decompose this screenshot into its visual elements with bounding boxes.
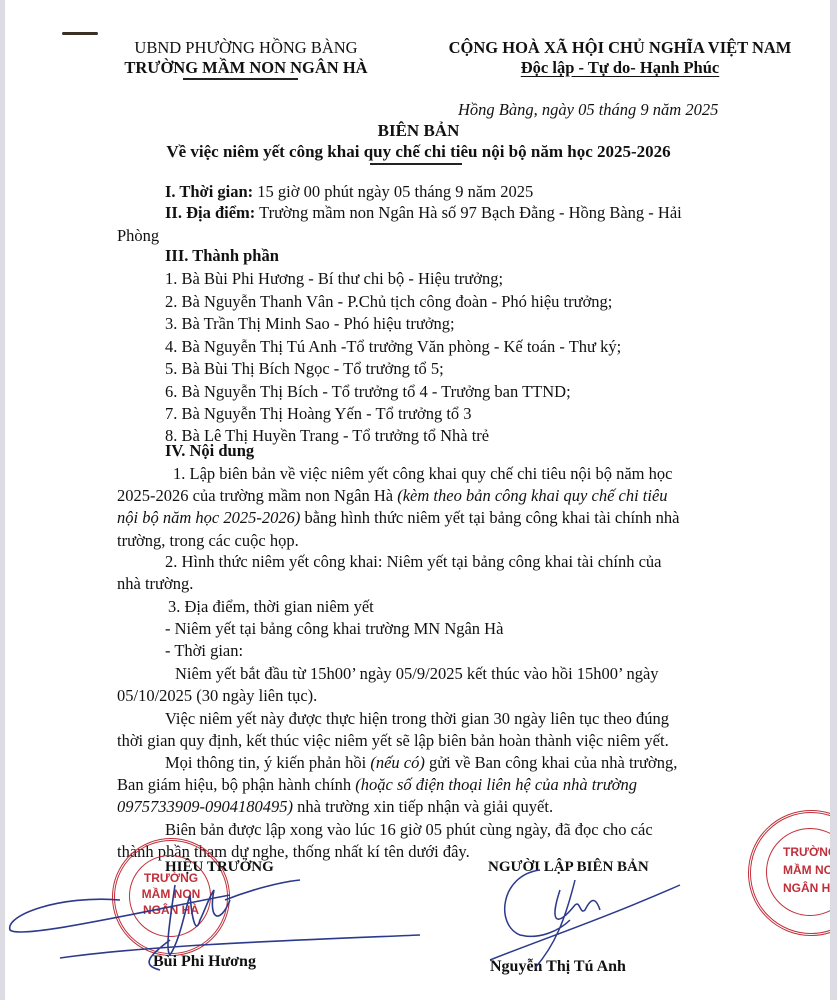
content-p2: 2. Hình thức niêm yết công khai: Niêm yế… — [165, 552, 661, 572]
content-italic: (kèm theo bản công khai quy chế chi tiêu — [397, 486, 667, 505]
issuer-school: TRƯỜNG MẦM NON NGÂN HÀ — [116, 58, 376, 78]
stamp-line: MẦM NON — [783, 863, 830, 877]
section-place-cont: Phòng — [117, 226, 159, 246]
section-content-label: IV. Nội dung — [165, 441, 254, 461]
member-item: 7. Bà Nguyễn Thị Hoàng Yến - Tổ trưởng t… — [165, 404, 472, 424]
content-text: Ban giám hiệu, bộ phận hành chính — [117, 775, 355, 794]
member-item: 6. Bà Nguyễn Thị Bích - Tổ trưởng tổ 4 -… — [165, 382, 571, 402]
content-p3: 05/10/2025 (30 ngày liên tục). — [117, 686, 317, 706]
signature-left-icon — [0, 840, 450, 980]
content-p3: - Thời gian: — [165, 641, 243, 661]
content-italic: (nếu có) — [370, 753, 425, 772]
content-p1: trường, trong các cuộc họp. — [117, 531, 299, 551]
national-header: CỘNG HOÀ XÃ HỘI CHỦ NGHĨA VIỆT NAM Độc l… — [420, 38, 820, 78]
member-item: 3. Bà Trần Thị Minh Sao - Phó hiệu trưởn… — [165, 314, 455, 334]
content-p3: 3. Địa điểm, thời gian niêm yết — [168, 597, 374, 617]
content-p4: Việc niêm yết này được thực hiện trong t… — [165, 709, 669, 729]
content-text: bằng hình thức niêm yết tại bảng công kh… — [300, 508, 679, 527]
document-date: Hồng Bàng, ngày 05 tháng 9 năm 2025 — [458, 100, 718, 120]
section-place: II. Địa điểm: Trường mầm non Ngân Hà số … — [165, 203, 682, 223]
content-p3: - Niêm yết tại bảng công khai trường MN … — [165, 619, 503, 639]
member-item: 1. Bà Bùi Phi Hương - Bí thư chi bộ - Hi… — [165, 269, 503, 289]
subtitle-underline — [370, 163, 462, 165]
issuer-authority: UBND PHƯỜNG HỒNG BÀNG — [116, 38, 376, 58]
section-members-label: III. Thành phần — [165, 246, 279, 266]
content-text: gửi về Ban công khai của nhà trường, — [425, 753, 678, 772]
official-stamp-partial: TRƯỜNG MẦM NON NGÂN HÀ — [748, 810, 830, 936]
content-p5: Ban giám hiệu, bộ phận hành chính (hoặc … — [117, 775, 637, 795]
stamp-line: NGÂN HÀ — [783, 881, 830, 895]
stamp-line: TRƯỜNG — [783, 845, 830, 859]
content-p4: thời gian quy định, kết thúc việc niêm y… — [117, 731, 669, 751]
issuer-header: UBND PHƯỜNG HỒNG BÀNG TRƯỜNG MẦM NON NGÂ… — [116, 38, 376, 78]
content-p1: 2025-2026 của trường mầm non Ngân Hà (kè… — [117, 486, 668, 506]
official-stamp-partial-clip: TRƯỜNG MẦM NON NGÂN HÀ — [740, 800, 830, 950]
content-text: Mọi thông tin, ý kiến phản hồi — [165, 753, 370, 772]
phone-numbers: 0975733909-0904180495) — [117, 797, 293, 816]
signature-right-icon — [480, 850, 740, 980]
content-text: 2025-2026 của trường mầm non Ngân Hà — [117, 486, 397, 505]
content-p5: Mọi thông tin, ý kiến phản hồi (nếu có) … — [165, 753, 677, 773]
content-italic: (hoặc số điện thoại liên hệ của nhà trườ… — [355, 775, 637, 794]
section-place-label: II. Địa điểm: — [165, 203, 255, 222]
content-p5: 0975733909-0904180495) nhà trường xin ti… — [117, 797, 553, 817]
section-time-value: 15 giờ 00 phút ngày 05 tháng 9 năm 2025 — [253, 182, 533, 201]
content-italic: nội bộ năm học 2025-2026) — [117, 508, 300, 527]
section-place-value: Trường mầm non Ngân Hà số 97 Bạch Đằng -… — [255, 203, 681, 222]
content-p1: nội bộ năm học 2025-2026) bằng hình thức… — [117, 508, 680, 528]
ink-mark — [62, 32, 98, 35]
section-time-label: I. Thời gian: — [165, 182, 253, 201]
content-p2: nhà trường. — [117, 574, 193, 594]
national-motto: Độc lập - Tự do- Hạnh Phúc — [521, 58, 719, 78]
content-p3: Niêm yết bắt đầu từ 15h00’ ngày 05/9/202… — [175, 664, 659, 684]
content-p1: 1. Lập biên bản về việc niêm yết công kh… — [173, 464, 672, 484]
national-title: CỘNG HOÀ XÃ HỘI CHỦ NGHĨA VIỆT NAM — [420, 38, 820, 58]
member-item: 5. Bà Bùi Thị Bích Ngọc - Tổ trưởng tổ 5… — [165, 359, 444, 379]
content-text: nhà trường xin tiếp nhận và giải quyết. — [293, 797, 553, 816]
member-item: 2. Bà Nguyễn Thanh Vân - P.Chủ tịch công… — [165, 292, 612, 312]
content-p6: Biên bản được lập xong vào lúc 16 giờ 05… — [165, 820, 653, 840]
section-time: I. Thời gian: 15 giờ 00 phút ngày 05 thá… — [165, 182, 533, 202]
member-item: 4. Bà Nguyễn Thị Tú Anh -Tổ trưởng Văn p… — [165, 337, 621, 357]
issuer-underline — [183, 78, 298, 80]
document-subtitle: Về việc niêm yết công khai quy chế chi t… — [0, 142, 837, 162]
document-title: BIÊN BẢN — [0, 121, 837, 141]
